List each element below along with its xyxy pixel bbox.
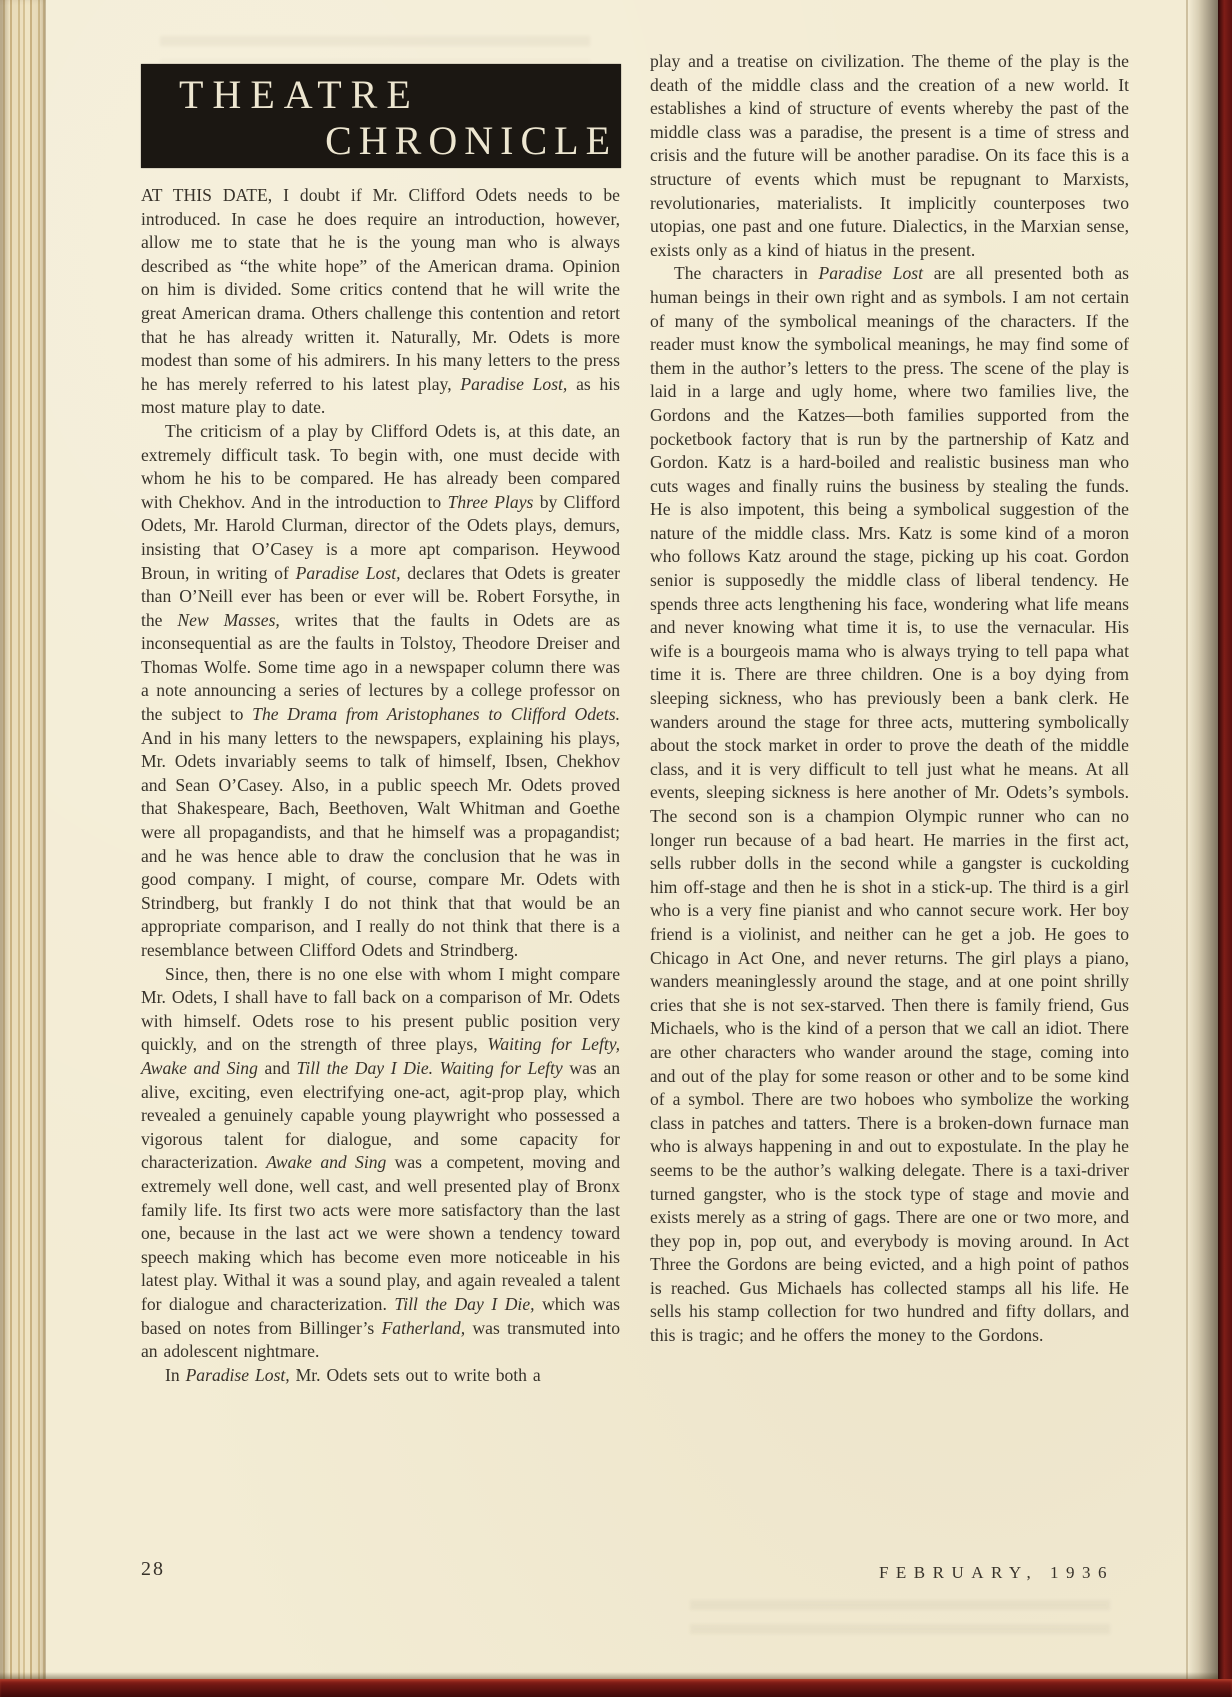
- italic-title-text: The Drama from Aristophanes to Clifford …: [252, 704, 620, 724]
- page-edge-stack: [0, 0, 46, 1679]
- body-text: Mr. Odets sets out to write both a: [290, 1365, 541, 1385]
- italic-title-text: New Masses,: [177, 610, 279, 630]
- body-text: and: [258, 1058, 297, 1078]
- italic-title-text: Three Plays: [448, 492, 534, 512]
- page-edge-shadow-right: [1186, 0, 1218, 1679]
- article-title-line2: CHRONICLE: [141, 118, 621, 164]
- paragraph: Since, then, there is no one else with w…: [141, 963, 620, 1364]
- right-column: play and a treatise on civilization. The…: [650, 50, 1129, 1348]
- body-text: are all presented both as human beings i…: [650, 263, 1129, 1345]
- left-column: THEATRE CHRONICLE AT THIS DATE, I doubt …: [141, 64, 620, 1387]
- book-cover-right: [1218, 0, 1232, 1697]
- body-text: was a competent, moving and extremely we…: [141, 1152, 620, 1314]
- article-title-block: THEATRE CHRONICLE: [141, 64, 621, 168]
- paragraph: play and a treatise on civilization. The…: [650, 50, 1129, 262]
- page-number: 28: [141, 1558, 165, 1581]
- body-text: AT THIS DATE, I doubt if Mr. Clifford Od…: [141, 185, 620, 394]
- left-column-text: AT THIS DATE, I doubt if Mr. Clifford Od…: [141, 184, 620, 1387]
- article-title-line1: THEATRE: [141, 72, 621, 118]
- italic-title-text: Till the Day I Die.: [297, 1058, 433, 1078]
- paragraph: The characters in Paradise Lost are all …: [650, 262, 1129, 1347]
- bleed-through-texture: [160, 36, 590, 62]
- bleed-through-texture: [690, 1600, 1110, 1640]
- body-text: In: [165, 1365, 186, 1385]
- body-text: [433, 1058, 440, 1078]
- paragraph: AT THIS DATE, I doubt if Mr. Clifford Od…: [141, 184, 620, 420]
- italic-title-text: Paradise Lost,: [296, 563, 401, 583]
- italic-title-text: Paradise Lost,: [186, 1365, 290, 1385]
- page-bottom-seam: [0, 1672, 1218, 1679]
- paragraph: The criticism of a play by Clifford Odet…: [141, 420, 620, 963]
- issue-date: FEBRUARY, 1936: [879, 1563, 1114, 1583]
- book-cover-bottom: [0, 1679, 1232, 1697]
- right-column-text: play and a treatise on civilization. The…: [650, 50, 1129, 1348]
- italic-title-text: Paradise Lost: [818, 263, 923, 283]
- body-text: play and a treatise on civilization. The…: [650, 51, 1129, 260]
- italic-title-text: Awake and Sing: [266, 1152, 386, 1172]
- italic-title-text: Waiting for Lefty: [440, 1058, 563, 1078]
- italic-title-text: Fatherland,: [382, 1318, 466, 1338]
- paragraph: In Paradise Lost, Mr. Odets sets out to …: [141, 1364, 620, 1388]
- magazine-page: THEATRE CHRONICLE AT THIS DATE, I doubt …: [0, 0, 1218, 1679]
- italic-title-text: Till the Day I Die,: [394, 1294, 534, 1314]
- italic-title-text: Paradise Lost,: [460, 374, 567, 394]
- body-text: And in his many letters to the newspaper…: [141, 728, 620, 960]
- body-text: The characters in: [674, 263, 818, 283]
